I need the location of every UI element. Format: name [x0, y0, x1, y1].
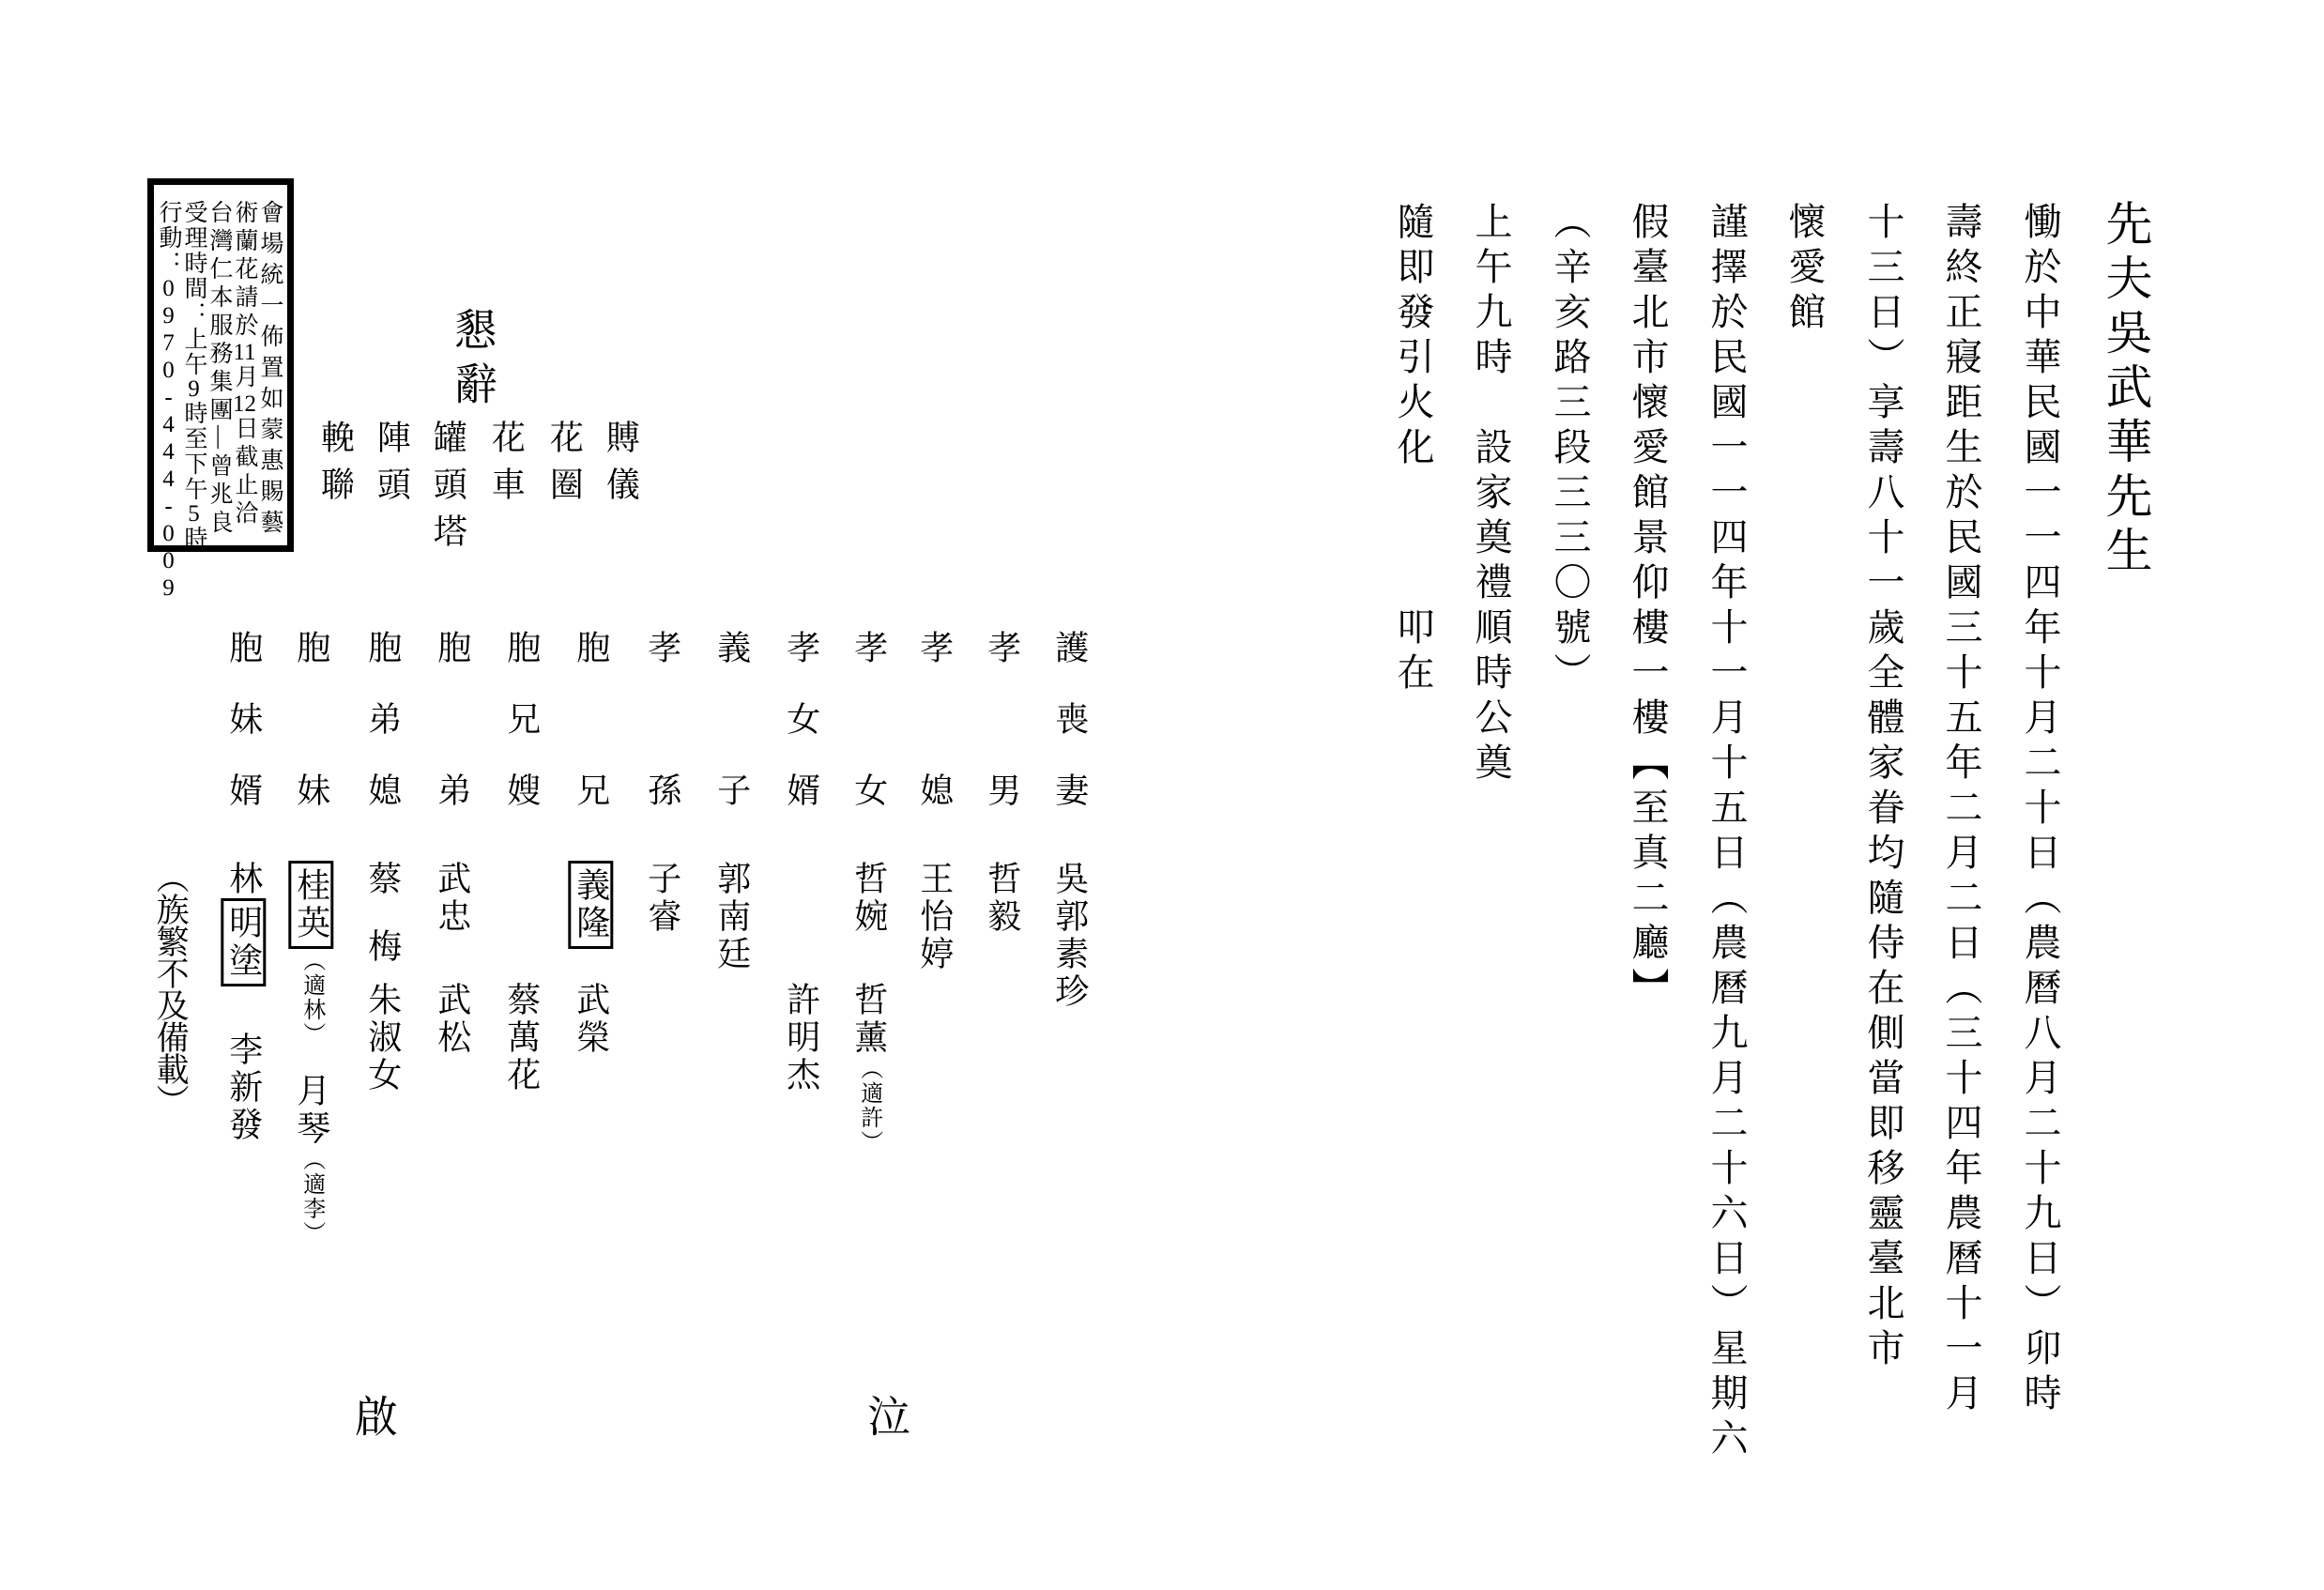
deceased-family-name: 義隆 [569, 861, 614, 949]
relation-label: 胞弟媳 [362, 630, 401, 806]
relation-label: 孝男 [982, 630, 1020, 806]
family-name-group: 桂英（適林）月琴（適李） [291, 861, 329, 1246]
family-col-daughters: 孝女 哲婉 哲薰（適許） [847, 630, 890, 1231]
notice-text: 會場統一佈置如蒙惠賜藝 [257, 200, 283, 541]
main-line-1: 慟於中華民國一一四年十月二十日（農曆八月二十九日）卯時 [2018, 202, 2061, 1418]
main-line-8: 上午九時 設家奠禮順時公奠 [1469, 202, 1512, 787]
relation-label: 胞弟 [432, 630, 470, 806]
notice-hours: 時 [181, 526, 206, 551]
notice-col-3: 台灣仁本服務集團—曾兆良 [206, 200, 231, 534]
notice-hours: 受理時間：上午 [181, 200, 206, 377]
relation-label: 胞兄 [571, 630, 609, 806]
family-col-younger-brothers: 胞弟 武忠 武松 [430, 630, 473, 1231]
family-name: 朱淑女 [362, 982, 401, 1094]
relation-label: 孝女 [849, 630, 887, 806]
married-into-note: （適許） [857, 1057, 881, 1154]
notice-text: 術蘭花請於 [232, 200, 257, 341]
family-name: 月琴 [293, 1073, 330, 1148]
family-col-wife: 護喪妻 吳郭素珍 [1047, 630, 1091, 1231]
relation-label: 孝孫 [642, 630, 680, 806]
family-col-grandson: 孝孫 子睿 [640, 630, 683, 1231]
family-col-younger-brothers-wives: 胞弟媳 蔡梅 朱淑女 [360, 630, 404, 1231]
family-name: 李新發 [223, 1032, 262, 1144]
main-line-3: 十三日）享壽八十一歲全體家眷均隨侍在側當即移靈臺北市 [1861, 202, 1904, 1373]
relation-label: 孝女婿 [781, 630, 819, 806]
decline-item-canned-tower: 罐頭塔 [428, 420, 466, 560]
family-name: 蔡萬花 [501, 982, 540, 1094]
family-name-group: 林明塗 [223, 861, 262, 986]
closing-char-announce: 啟 [342, 1394, 404, 1437]
notice-company: 台灣仁本服務集團—曾兆良 [206, 200, 232, 538]
notice-text: 日截止洽 [232, 416, 257, 528]
deceased-title: 先夫吳武華先生 [2098, 199, 2152, 580]
main-line-5: 謹擇於民國一一四年十一月十五日（農曆九月二十六日）星期六 [1705, 202, 1748, 1463]
decline-item-flower-car: 花車 [486, 420, 525, 513]
notice-date-number: 11 [232, 341, 257, 364]
family-name: 郭南廷 [711, 861, 750, 973]
family-name-group: 義隆 [571, 861, 609, 949]
main-line-4: 懷愛館 [1782, 202, 1826, 337]
family-name: 子睿 [642, 861, 680, 936]
family-name: 王怡婷 [914, 861, 953, 973]
decline-item-money-gift: 賻儀 [601, 420, 639, 513]
family-col-son: 孝男 哲毅 [980, 630, 1023, 1231]
family-name-group: 哲薰（適許） [849, 982, 887, 1154]
main-line-6: 假臺北市懷愛館景仰樓一樓【至真二廳】 [1626, 202, 1669, 1013]
decline-item-elegiac-scroll: 輓聯 [315, 420, 354, 513]
family-col-son-in-law: 孝女婿 許明杰 [779, 630, 822, 1231]
family-name: 蔡梅 [362, 861, 401, 996]
family-name: 哲婉 [849, 861, 887, 936]
notice-hour-number: 5 [181, 502, 206, 526]
married-into-note: （適林） [299, 949, 324, 1047]
relation-label: 胞兄嫂 [501, 630, 540, 806]
relation-label: 義子 [711, 630, 750, 806]
family-name: 武忠 [432, 861, 470, 936]
relation-label: 胞妹婿 [223, 630, 262, 806]
decline-heading: 懇辭 [447, 307, 497, 416]
notice-date-number: 12 [232, 392, 257, 416]
family-col-adopted-son: 義子 郭南廷 [710, 630, 753, 1231]
obituary-sheet: 先夫吳武華先生 慟於中華民國一一四年十月二十日（農曆八月二十九日）卯時 壽終正寢… [0, 0, 2324, 1590]
notice-col-4: 受理時間：上午9時至下午5時 [180, 200, 206, 534]
family-name: 林 [225, 861, 263, 898]
decline-item-procession: 陣頭 [372, 420, 410, 513]
family-col-daughter-in-law: 孝媳 王怡婷 [912, 630, 956, 1231]
family-col-elder-brothers: 胞兄 義隆 武榮 [569, 630, 612, 1231]
family-name: 吳郭素珍 [1049, 861, 1088, 1011]
main-line-7: （辛亥路三段三三〇號） [1548, 202, 1591, 697]
notice-hours: 時至下午 [181, 401, 206, 502]
florist-notice-content: 會場統一佈置如蒙惠賜藝 術蘭花請於11月12日截止洽 台灣仁本服務集團—曾兆良 … [154, 185, 287, 545]
notice-col-1: 會場統一佈置如蒙惠賜藝 [256, 200, 282, 534]
family-name: 哲毅 [982, 861, 1020, 936]
deceased-family-name: 明塗 [222, 898, 267, 986]
family-col-sisters-husbands: 胞妹婿 林明塗 李新發 [222, 630, 265, 1231]
closing-char-weeping: 泣 [854, 1394, 916, 1437]
relation-label: 護喪妻 [1049, 630, 1088, 806]
main-line-2: 壽終正寢距生於民國三十五年二月二日（三十四年農曆十一月 [1939, 202, 1982, 1418]
notice-hour-number: 9 [181, 377, 206, 401]
family-col-sisters: 胞妹 桂英（適林）月琴（適李） [289, 630, 332, 1231]
notice-col-5: 行動：0970-444-009 [155, 200, 180, 534]
deceased-family-name: 桂英 [289, 861, 334, 949]
family-col-etc-note: （族繁不及備載） [148, 630, 191, 1231]
main-line-9: 隨即發引火化 叩在 [1391, 202, 1434, 697]
family-col-elder-brothers-wife: 胞兄嫂 蔡萬花 [499, 630, 543, 1231]
notice-col-2: 術蘭花請於11月12日截止洽 [231, 200, 256, 534]
family-etc-note: （族繁不及備載） [151, 861, 189, 1116]
relation-label: 胞妹 [291, 630, 329, 806]
notice-phone-number: 0970-444-009 [156, 276, 181, 603]
married-into-note: （適李） [299, 1148, 324, 1246]
family-name: 武榮 [571, 982, 609, 1057]
relation-label: 孝媳 [914, 630, 953, 806]
florist-notice-box: 會場統一佈置如蒙惠賜藝 術蘭花請於11月12日截止洽 台灣仁本服務集團—曾兆良 … [147, 178, 294, 552]
decline-item-wreath: 花圈 [544, 420, 583, 513]
notice-text: 月 [232, 364, 257, 392]
notice-phone-label: 行動： [156, 200, 181, 276]
family-name: 許明杰 [781, 982, 819, 1094]
family-name: 哲薰 [850, 982, 888, 1057]
family-name: 武松 [432, 982, 470, 1057]
